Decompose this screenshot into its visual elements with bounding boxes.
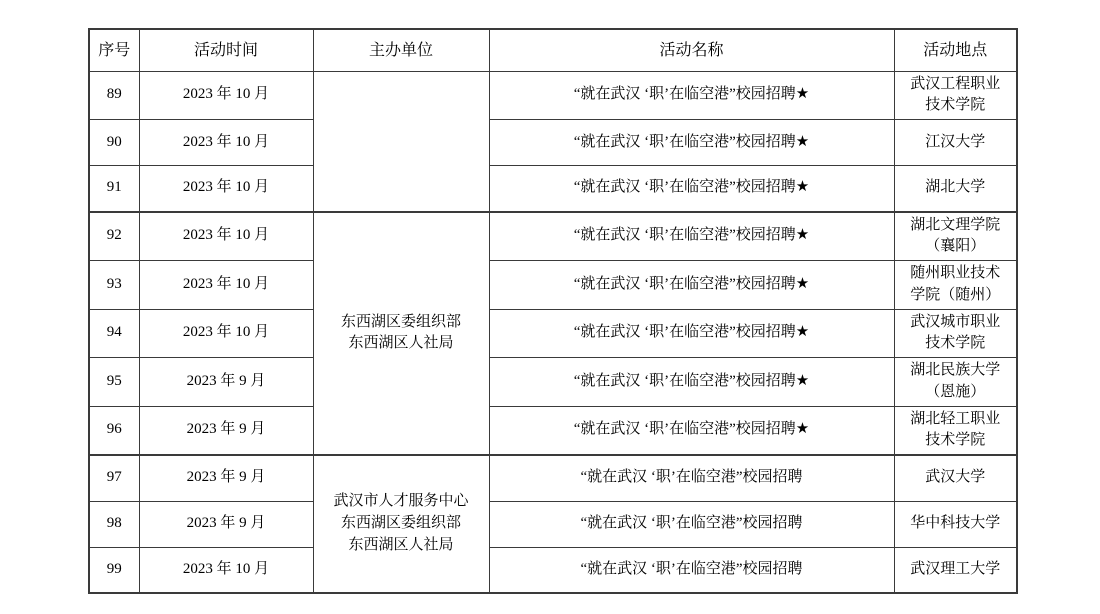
cell-no: 96 [89, 406, 139, 455]
cell-time: 2023 年 9 月 [139, 358, 313, 407]
cell-time: 2023 年 10 月 [139, 71, 313, 120]
cell-no: 97 [89, 455, 139, 501]
cell-name: “就在武汉 ‘职’在临空港”校园招聘 [489, 547, 894, 593]
table-row-89: 89 2023 年 10 月 “就在武汉 ‘职’在临空港”校园招聘★ 武汉工程职… [89, 71, 1017, 120]
cell-time: 2023 年 10 月 [139, 547, 313, 593]
cell-time: 2023 年 10 月 [139, 309, 313, 358]
cell-name: “就在武汉 ‘职’在临空港”校园招聘★ [489, 71, 894, 120]
cell-name: “就在武汉 ‘职’在临空港”校园招聘★ [489, 166, 894, 212]
cell-location: 江汉大学 [894, 120, 1017, 166]
cell-location: 湖北文理学院 （襄阳） [894, 212, 1017, 261]
table-row-98: 98 2023 年 9 月 “就在武汉 ‘职’在临空港”校园招聘 华中科技大学 [89, 501, 1017, 547]
cell-no: 94 [89, 309, 139, 358]
cell-name: “就在武汉 ‘职’在临空港”校园招聘 [489, 455, 894, 501]
cell-location: 湖北大学 [894, 166, 1017, 212]
document-page: 序号 活动时间 主办单位 活动名称 活动地点 89 2023 年 10 月 “就… [0, 0, 1100, 614]
cell-time: 2023 年 10 月 [139, 212, 313, 261]
column-header-time: 活动时间 [139, 29, 313, 71]
table-row-91: 91 2023 年 10 月 “就在武汉 ‘职’在临空港”校园招聘★ 湖北大学 [89, 166, 1017, 212]
cell-no: 92 [89, 212, 139, 261]
cell-name: “就在武汉 ‘职’在临空港”校园招聘★ [489, 120, 894, 166]
cell-organizer-group-1 [313, 71, 489, 212]
cell-name: “就在武汉 ‘职’在临空港”校园招聘★ [489, 406, 894, 455]
table-row-97: 97 2023 年 9 月 武汉市人才服务中心 东西湖区委组织部 东西湖区人社局… [89, 455, 1017, 501]
column-header-no: 序号 [89, 29, 139, 71]
cell-no: 93 [89, 261, 139, 310]
cell-location: 武汉理工大学 [894, 547, 1017, 593]
table-row-93: 93 2023 年 10 月 “就在武汉 ‘职’在临空港”校园招聘★ 随州职业技… [89, 261, 1017, 310]
column-header-location: 活动地点 [894, 29, 1017, 71]
cell-name: “就在武汉 ‘职’在临空港”校园招聘 [489, 501, 894, 547]
table-row-92: 92 2023 年 10 月 东西湖区委组织部 东西湖区人社局 “就在武汉 ‘职… [89, 212, 1017, 261]
cell-name: “就在武汉 ‘职’在临空港”校园招聘★ [489, 358, 894, 407]
cell-no: 90 [89, 120, 139, 166]
cell-time: 2023 年 9 月 [139, 455, 313, 501]
cell-time: 2023 年 9 月 [139, 501, 313, 547]
cell-location: 湖北民族大学 （恩施） [894, 358, 1017, 407]
cell-no: 95 [89, 358, 139, 407]
cell-name: “就在武汉 ‘职’在临空港”校园招聘★ [489, 212, 894, 261]
cell-location: 随州职业技术 学院（随州） [894, 261, 1017, 310]
cell-no: 98 [89, 501, 139, 547]
table-row-90: 90 2023 年 10 月 “就在武汉 ‘职’在临空港”校园招聘★ 江汉大学 [89, 120, 1017, 166]
column-header-name: 活动名称 [489, 29, 894, 71]
cell-location: 武汉大学 [894, 455, 1017, 501]
cell-time: 2023 年 10 月 [139, 261, 313, 310]
cell-time: 2023 年 10 月 [139, 120, 313, 166]
cell-name: “就在武汉 ‘职’在临空港”校园招聘★ [489, 261, 894, 310]
cell-location: 华中科技大学 [894, 501, 1017, 547]
cell-name: “就在武汉 ‘职’在临空港”校园招聘★ [489, 309, 894, 358]
cell-organizer-group-3: 武汉市人才服务中心 东西湖区委组织部 东西湖区人社局 [313, 455, 489, 593]
cell-no: 89 [89, 71, 139, 120]
cell-time: 2023 年 10 月 [139, 166, 313, 212]
cell-location: 湖北轻工职业 技术学院 [894, 406, 1017, 455]
table-row-94: 94 2023 年 10 月 “就在武汉 ‘职’在临空港”校园招聘★ 武汉城市职… [89, 309, 1017, 358]
column-header-organizer: 主办单位 [313, 29, 489, 71]
header-row: 序号 活动时间 主办单位 活动名称 活动地点 [89, 29, 1017, 71]
table-row-95: 95 2023 年 9 月 “就在武汉 ‘职’在临空港”校园招聘★ 湖北民族大学… [89, 358, 1017, 407]
cell-location: 武汉工程职业 技术学院 [894, 71, 1017, 120]
cell-organizer-group-2: 东西湖区委组织部 东西湖区人社局 [313, 212, 489, 456]
cell-no: 91 [89, 166, 139, 212]
table-row-99: 99 2023 年 10 月 “就在武汉 ‘职’在临空港”校园招聘 武汉理工大学 [89, 547, 1017, 593]
activity-schedule-table: 序号 活动时间 主办单位 活动名称 活动地点 89 2023 年 10 月 “就… [88, 28, 1018, 594]
cell-time: 2023 年 9 月 [139, 406, 313, 455]
cell-location: 武汉城市职业 技术学院 [894, 309, 1017, 358]
table-row-96: 96 2023 年 9 月 “就在武汉 ‘职’在临空港”校园招聘★ 湖北轻工职业… [89, 406, 1017, 455]
cell-no: 99 [89, 547, 139, 593]
